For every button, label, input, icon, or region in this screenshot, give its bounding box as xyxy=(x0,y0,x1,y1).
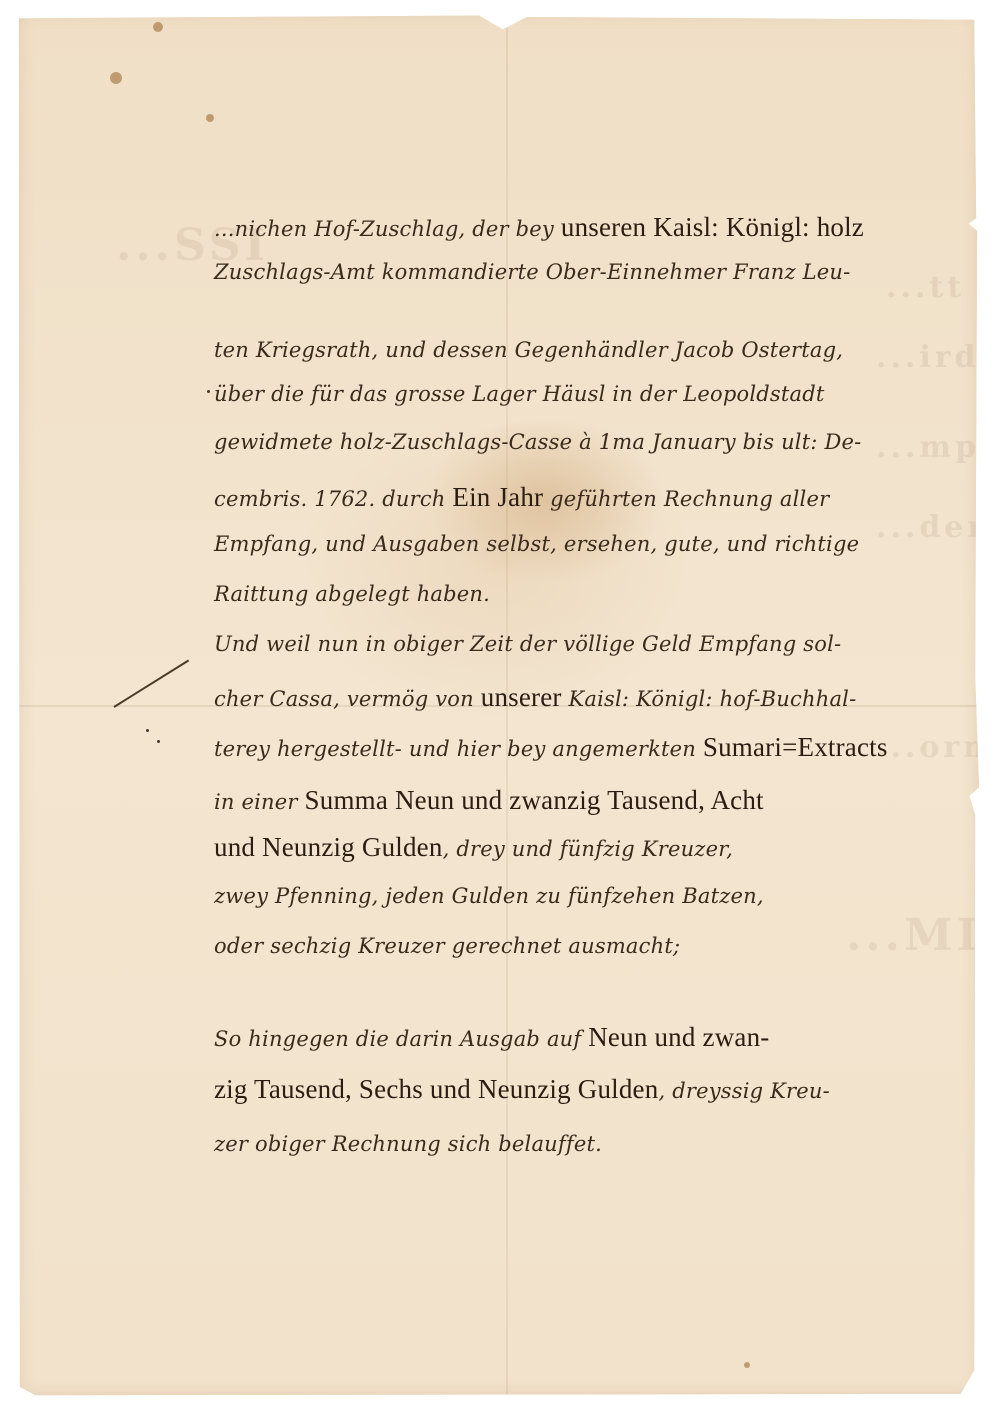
margin-dot xyxy=(146,729,149,732)
text-line-15: oder sechzig Kreuzer gerechnet ausmacht; xyxy=(214,934,680,958)
text-line-18: zer obiger Rechnung sich belauffet. xyxy=(214,1132,602,1156)
text-line-1: ...nichen Hof-Zuschlag, der bey unseren … xyxy=(214,212,864,243)
text-line-2: Zuschlags-Amt kommandierte Ober-Einnehme… xyxy=(214,260,850,284)
text-line-3: ten Kriegsrath, und dessen Gegenhändler … xyxy=(214,338,843,362)
text-line-4: über die für das grosse Lager Häusl in d… xyxy=(214,382,825,406)
text-line-7: Empfang, und Ausgaben selbst, ersehen, g… xyxy=(214,532,859,556)
bleed-through-text: ...den xyxy=(876,510,993,545)
text-line-17: zig Tausend, Sechs und Neunzig Gulden, d… xyxy=(214,1074,830,1105)
foxing-spot xyxy=(110,72,122,84)
margin-dot xyxy=(157,740,160,743)
bleed-through-text: ...MIS xyxy=(846,910,1000,961)
text-line-14: zwey Pfenning, jeden Gulden zu fünfzehen… xyxy=(214,884,764,908)
text-line-6: cembris. 1762. durch Ein Jahr geführten … xyxy=(214,482,829,513)
text-line-5: gewidmete holz-Zuschlags-Casse à 1ma Jan… xyxy=(214,430,861,454)
text-line-9: Und weil nun in obiger Zeit der völlige … xyxy=(214,632,841,656)
bleed-through-text: ...orm xyxy=(876,730,999,765)
text-line-13: und Neunzig Gulden, drey und fünfzig Kre… xyxy=(214,832,733,863)
text-line-10: cher Cassa, vermög von unserer Kaisl: Kö… xyxy=(214,682,856,713)
margin-dot xyxy=(207,390,210,393)
foxing-spot xyxy=(744,1362,750,1368)
bleed-through-text: ...mpt xyxy=(876,430,998,465)
text-line-11: terey hergestellt- und hier bey angemerk… xyxy=(214,732,888,763)
text-line-12: in einer Summa Neun und zwanzig Tausend,… xyxy=(214,785,764,816)
text-line-8: Raittung abgelegt haben. xyxy=(214,582,490,606)
text-line-16: So hingegen die darin Ausgab auf Neun un… xyxy=(214,1022,769,1053)
bleed-through-text: ...ird xyxy=(876,340,980,375)
bleed-through-text: ...tt xyxy=(886,270,965,305)
foxing-spot xyxy=(153,22,163,32)
foxing-spot xyxy=(206,114,214,122)
